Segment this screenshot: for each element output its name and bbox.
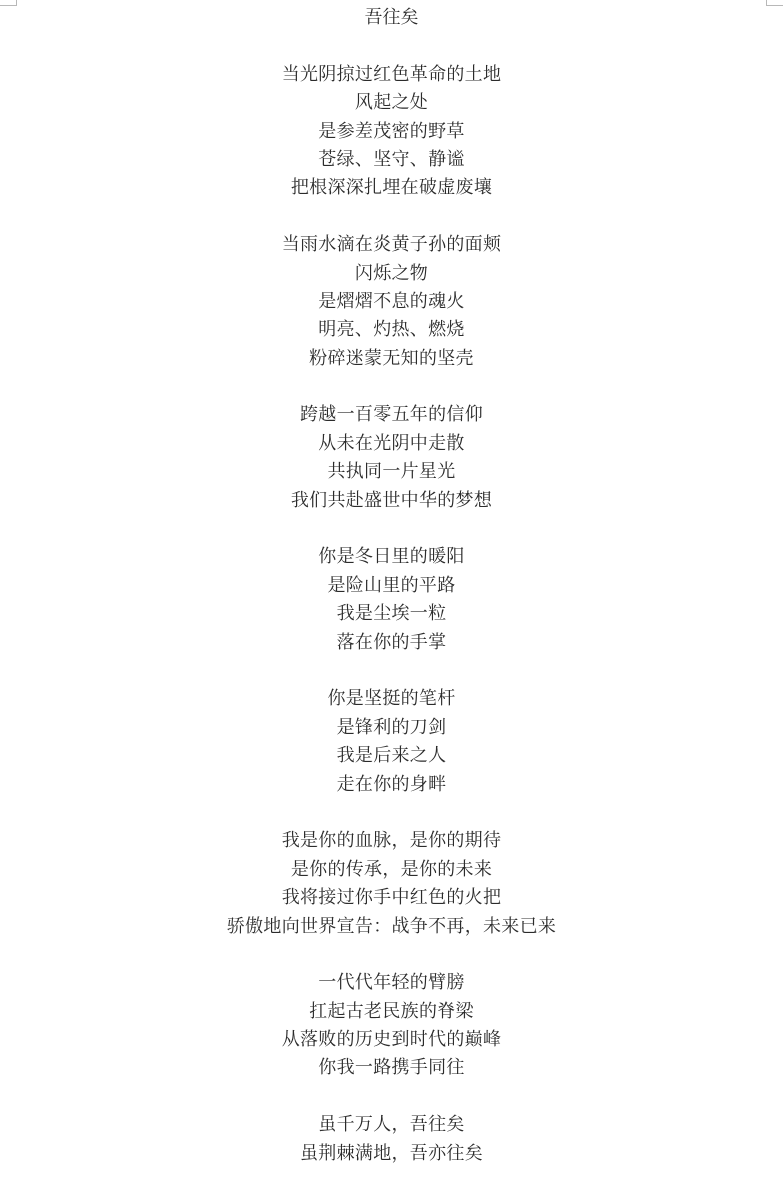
poem-line: 当雨水滴在炎黄子孙的面颊 xyxy=(0,231,783,259)
poem-line: 我是后来之人 xyxy=(0,742,783,770)
stanza-gap xyxy=(0,515,783,543)
poem-line: 粉碎迷蒙无知的坚壳 xyxy=(0,345,783,373)
stanza-gap xyxy=(0,799,783,827)
stanza-3: 跨越一百零五年的信仰 从未在光阴中走散 共执同一片星光 我们共赴盛世中华的梦想 xyxy=(0,401,783,515)
poem-line: 闪烁之物 xyxy=(0,260,783,288)
poem-line: 你是冬日里的暖阳 xyxy=(0,543,783,571)
stanza-6: 我是你的血脉，是你的期待 是你的传承，是你的未来 我将接过你手中红色的火把 骄傲… xyxy=(0,827,783,941)
poem-line: 从未在光阴中走散 xyxy=(0,430,783,458)
poem-line: 虽荆棘满地，吾亦往矣 xyxy=(0,1140,783,1168)
poem-line: 你我一路携手同往 xyxy=(0,1054,783,1082)
poem-line: 是险山里的平路 xyxy=(0,572,783,600)
stanza-5: 你是坚挺的笔杆 是锋利的刀剑 我是后来之人 走在你的身畔 xyxy=(0,685,783,799)
poem-line: 走在你的身畔 xyxy=(0,771,783,799)
poem-line: 落在你的手掌 xyxy=(0,629,783,657)
stanza-gap xyxy=(0,32,783,60)
poem-line: 你是坚挺的笔杆 xyxy=(0,685,783,713)
poem-line: 是参差茂密的野草 xyxy=(0,118,783,146)
poem-line: 当光阴掠过红色革命的土地 xyxy=(0,61,783,89)
poem-title: 吾往矣 xyxy=(0,4,783,32)
poem-line: 明亮、灼热、燃烧 xyxy=(0,316,783,344)
stanza-gap xyxy=(0,941,783,969)
poem-line: 是熠熠不息的魂火 xyxy=(0,288,783,316)
poem-line: 一代代年轻的臂膀 xyxy=(0,969,783,997)
poem-line: 苍绿、坚守、静谧 xyxy=(0,146,783,174)
stanza-4: 你是冬日里的暖阳 是险山里的平路 我是尘埃一粒 落在你的手掌 xyxy=(0,543,783,657)
stanza-gap xyxy=(0,1083,783,1111)
stanza-8: 虽千万人，吾往矣 虽荆棘满地，吾亦往矣 xyxy=(0,1111,783,1168)
poem-line: 我是尘埃一粒 xyxy=(0,600,783,628)
stanza-gap xyxy=(0,657,783,685)
poem-line: 从落败的历史到时代的巅峰 xyxy=(0,1026,783,1054)
poem-line: 我是你的血脉，是你的期待 xyxy=(0,827,783,855)
poem-line: 是你的传承，是你的未来 xyxy=(0,856,783,884)
stanza-gap xyxy=(0,203,783,231)
poem-line: 虽千万人，吾往矣 xyxy=(0,1111,783,1139)
poem-line: 骄傲地向世界宣告：战争不再，未来已来 xyxy=(0,913,783,941)
poem-line: 把根深深扎埋在破虚废壤 xyxy=(0,174,783,202)
poem-line: 风起之处 xyxy=(0,89,783,117)
poem-body: 吾往矣 当光阴掠过红色革命的土地 风起之处 是参差茂密的野草 苍绿、坚守、静谧 … xyxy=(0,4,783,1168)
poem-line: 跨越一百零五年的信仰 xyxy=(0,401,783,429)
poem-line: 共执同一片星光 xyxy=(0,458,783,486)
poem-line: 我们共赴盛世中华的梦想 xyxy=(0,487,783,515)
poem-line: 扛起古老民族的脊梁 xyxy=(0,998,783,1026)
poem-line: 是锋利的刀剑 xyxy=(0,714,783,742)
poem-line: 我将接过你手中红色的火把 xyxy=(0,884,783,912)
stanza-2: 当雨水滴在炎黄子孙的面颊 闪烁之物 是熠熠不息的魂火 明亮、灼热、燃烧 粉碎迷蒙… xyxy=(0,231,783,373)
stanza-1: 当光阴掠过红色革命的土地 风起之处 是参差茂密的野草 苍绿、坚守、静谧 把根深深… xyxy=(0,61,783,203)
stanza-7: 一代代年轻的臂膀 扛起古老民族的脊梁 从落败的历史到时代的巅峰 你我一路携手同往 xyxy=(0,969,783,1083)
stanza-gap xyxy=(0,373,783,401)
